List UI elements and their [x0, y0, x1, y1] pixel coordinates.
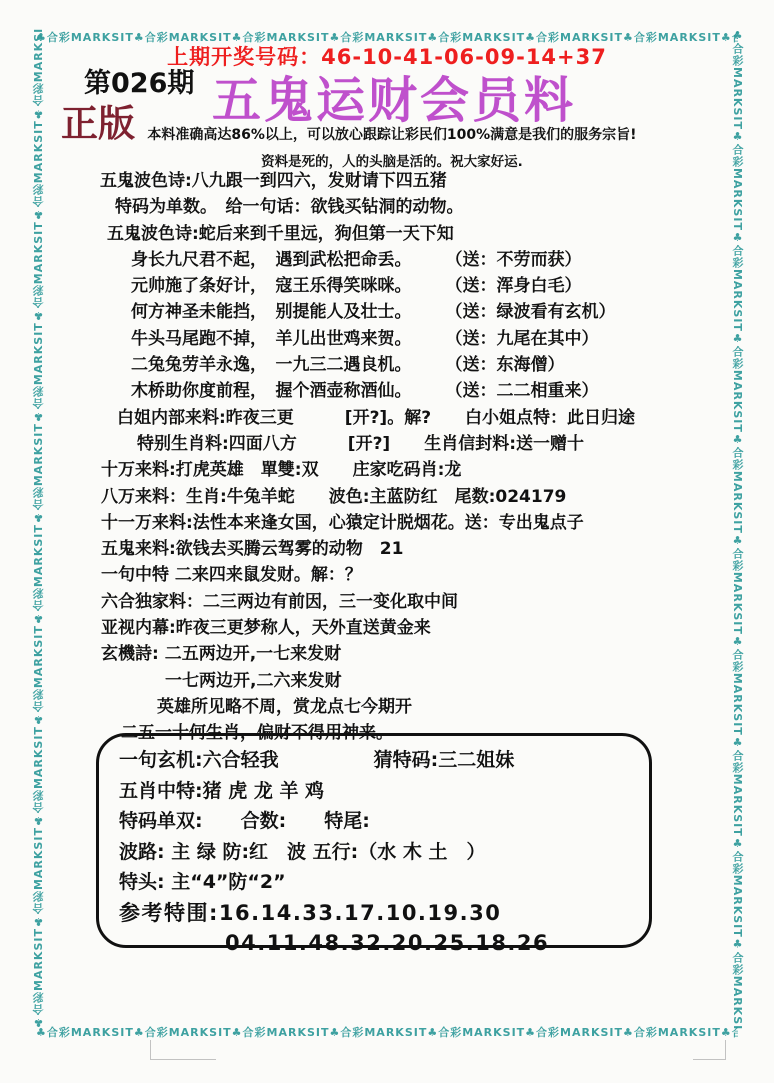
- content-line: 二兔兔劳羊永逸， 一九三二遇良机。 （送：东海僧）: [131, 352, 733, 378]
- box-line-five-zodiac: 五肖中特:猪 虎 龙 羊 鸡: [119, 776, 649, 807]
- box-line-wave-path: 波路: 主 绿 防:红 波 五行:（水 木 土 ）: [119, 837, 649, 868]
- box-line-reference-numbers-2: 04.11.48.32.20.25.18.26: [225, 928, 649, 959]
- content-line: 身长九尺君不起， 遇到武松把命丢。 （送：不劳而获）: [131, 247, 733, 273]
- box-line-special-head: 特头: 主“4”防“2”: [119, 867, 649, 898]
- content-line: 英雄所见略不周，赏龙点七今期开: [157, 694, 733, 720]
- prediction-box: 一句玄机:六合轻我 猜特码:三二姐妹 五肖中特:猪 虎 龙 羊 鸡 特码单双: …: [96, 733, 652, 948]
- content-line: 五鬼波色诗:八九跟一到四六，发财请下四五猪: [100, 168, 733, 194]
- motto-line: 资料是死的，人的头脑是活的。祝大家好运.: [67, 150, 717, 170]
- content-line: 亚视内幕:昨夜三更梦称人，天外直送黄金来: [101, 615, 733, 641]
- content-line: 木桥助你度前程， 握个酒壶称酒仙。 （送：二二相重来）: [131, 378, 733, 404]
- content-line: 何方神圣未能挡， 别提能人及壮士。 （送：绿波看有玄机）: [131, 299, 733, 325]
- border-bottom-marksit: ♣合彩MARKSIT♣合彩MARKSIT♣合彩MARKSIT♣合彩MARKSIT…: [36, 1024, 738, 1039]
- content-line: 一句中特 二来四来鼠发财。解：？: [101, 562, 733, 588]
- content-line: 十一万来料:法性本来逢女国，心猿定计脱烟花。送：专出鬼点子: [101, 510, 733, 536]
- content-line: 十万来料:打虎英雄 單雙:双 庄家吃码肖:龙: [101, 457, 733, 483]
- box-line-odd-even: 特码单双: 合数: 特尾:: [119, 806, 649, 837]
- content-line: 特别生肖料:四面八方 [开?] 生肖信封料:送一赠十: [137, 431, 733, 457]
- scan-artifact-right: [693, 1040, 726, 1060]
- content-line: 元帅施了条好计， 寇王乐得笑咪咪。 （送：浑身白毛）: [131, 273, 733, 299]
- content-line: 五鬼波色诗:蛇后来到千里远，狗但第一天下知: [107, 221, 733, 247]
- content-line: 牛头马尾跑不掉， 羊儿出世鸡来贺。 （送：九尾在其中）: [131, 326, 733, 352]
- content-line: 特码为单数。 给一句话：欲钱买钻洞的动物。: [115, 194, 733, 220]
- content-line: 六合独家料：二三两边有前因，三一变化取中间: [101, 589, 733, 615]
- content-line: 八万来料：生肖:牛兔羊蛇 波色:主蓝防红 尾数:024179: [101, 484, 733, 510]
- content-line: 玄機詩: 二五两边开,一七来发财: [101, 641, 733, 667]
- content-line: 一七两边开,二六来发财: [165, 668, 733, 694]
- box-line-reference-numbers-1: 参考特围:16.14.33.17.10.19.30: [119, 898, 649, 929]
- scan-artifact-left: [150, 1040, 216, 1060]
- tip-sheet-page: ♣合彩MARKSIT♣合彩MARKSIT♣合彩MARKSIT♣合彩MARKSIT…: [0, 0, 774, 1083]
- prediction-lines: 五鬼波色诗:八九跟一到四六，发财请下四五猪 特码为单数。 给一句话：欲钱买钻洞的…: [65, 168, 733, 747]
- accuracy-slogan: 本料准确高达86%以上，可以放心跟踪让彩民们100%满意是我们的服务宗旨!: [67, 124, 717, 144]
- content-line: 五鬼来料:欲钱去买腾云驾雾的动物 21: [101, 536, 733, 562]
- content-line: 白姐内部来料:昨夜三更 [开?]。解? 白小姐点特：此日归途: [117, 405, 733, 431]
- page-title: 五鬼运财会员料: [198, 62, 590, 132]
- box-line-mystery: 一句玄机:六合轻我 猜特码:三二姐妹: [119, 745, 649, 776]
- border-left-marksit: ♣合彩MARKSIT♣合彩MARKSIT♣合彩MARKSIT♣合彩MARKSIT…: [31, 29, 46, 1029]
